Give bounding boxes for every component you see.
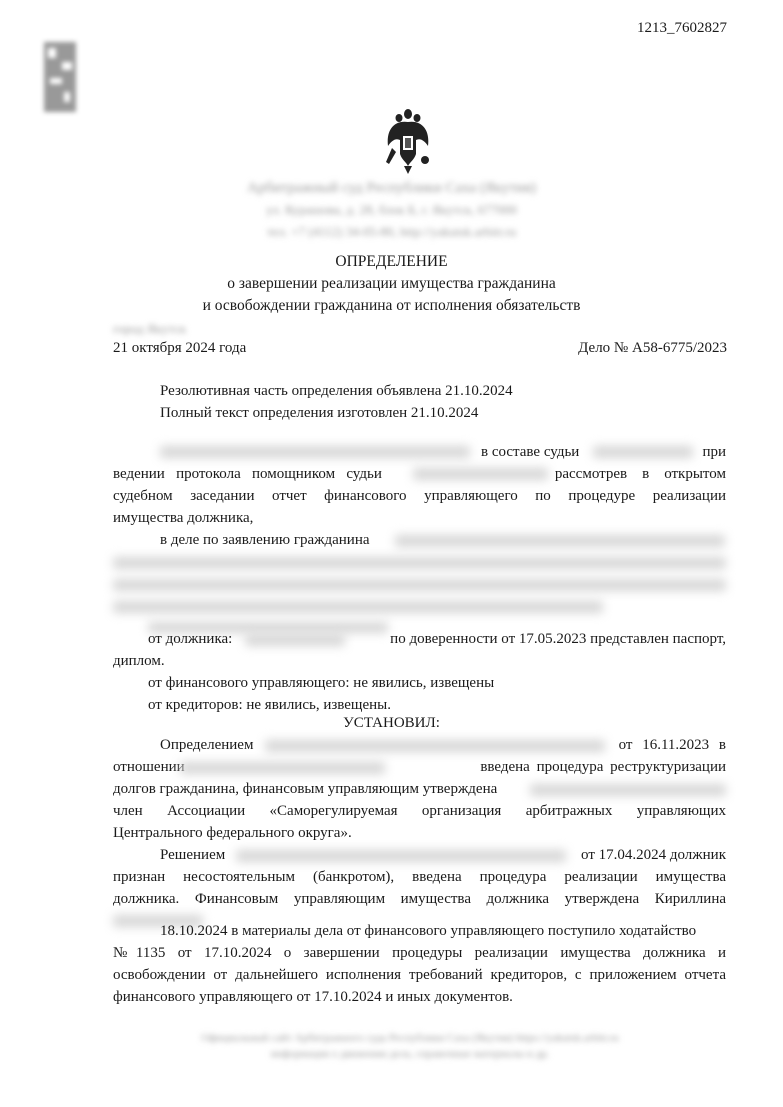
from-debtor-label: от должника:	[148, 628, 232, 650]
para3-line4: финансового управляющего от 17.10.2024 и…	[113, 986, 513, 1008]
court-contacts: тел. +7 (4112) 34-05-80, http://yakutsk.…	[0, 221, 783, 243]
coat-of-arms-icon	[384, 106, 432, 176]
para2-bankrupt: признан несостоятельным (банкротом), вве…	[113, 866, 726, 888]
intro-composition: в составе судьи	[481, 441, 579, 463]
para1-date: от 16.11.2023 в	[619, 734, 726, 756]
document-subtitle-2: и освобождении гражданина от исполнения …	[0, 295, 783, 317]
redacted-court-ref-2	[236, 850, 566, 862]
redacted-assistant-name	[413, 468, 548, 480]
redacted-applicant-3	[113, 579, 726, 591]
from-manager: от финансового управляющего: не явились,…	[148, 672, 494, 694]
from-debtor-cont: диплом.	[113, 650, 165, 672]
para1-approved: долгов гражданина, финансовым управляющи…	[113, 778, 497, 800]
para1-district: Центрального федерального округа».	[113, 822, 352, 844]
page-footer: Официальный сайт Арбитражного суда Респу…	[150, 1030, 670, 1062]
document-subtitle-1: о завершении реализации имущества гражда…	[0, 273, 783, 295]
document-title: ОПРЕДЕЛЕНИЕ	[0, 251, 783, 273]
intro-line2-b: рассмотрев в открытом	[555, 463, 726, 485]
redacted-judge-name	[593, 446, 693, 458]
redacted-manager-name	[530, 784, 726, 796]
court-address: ул. Курашова, д. 28, блок Б, г. Якутск, …	[0, 199, 783, 221]
para1-regarding: отношении	[113, 756, 185, 778]
intro-line3: судебном заседании отчет финансового упр…	[113, 485, 726, 507]
full-text-made: Полный текст определения изготовлен 21.1…	[160, 402, 478, 424]
document-page: 1213_7602827 Арбитражный суд Республики …	[0, 0, 783, 1107]
para3-line2: №1135 от 17.10.2024 о завершении процеду…	[113, 942, 726, 964]
application-by: в деле по заявлению гражданина	[160, 529, 370, 551]
from-debtor-details: по доверенности от 17.05.2023 представле…	[390, 628, 726, 650]
para3-line3: освобождении от дальнейшего исполнения т…	[113, 964, 726, 986]
intro-line2-a: ведении протокола помощником судьи	[113, 463, 382, 485]
resolution-announced: Резолютивная часть определения объявлена…	[160, 380, 513, 402]
para3-line1: 18.10.2024 в материалы дела от финансово…	[160, 920, 696, 942]
redacted-court-ref-1	[265, 740, 605, 752]
document-date: 21 октября 2024 года	[113, 337, 246, 359]
para1-association: член Ассоциации «Саморегулируемая органи…	[113, 800, 726, 822]
court-name: Арбитражный суд Республики Саха (Якутия)	[0, 177, 783, 199]
para2-start: Решением	[160, 844, 225, 866]
redacted-court-name	[160, 446, 470, 458]
established-heading: УСТАНОВИЛ:	[0, 712, 783, 734]
para1-restructuring: введена процедура реструктуризации	[480, 756, 726, 778]
para2-manager: должника. Финансовым управляющим имущест…	[113, 888, 726, 910]
qr-code	[44, 42, 76, 112]
document-number: 1213_7602827	[637, 18, 727, 38]
redacted-representative	[245, 634, 345, 646]
para2-date: от 17.04.2024 должник	[581, 844, 726, 866]
redacted-applicant-2	[113, 557, 726, 569]
redacted-applicant-1	[395, 535, 725, 547]
case-number: Дело № А58-6775/2023	[578, 337, 727, 359]
intro-line4: имущества должника,	[113, 507, 253, 529]
para1-start: Определением	[160, 734, 253, 756]
intro-at: при	[702, 441, 726, 463]
redacted-debtor-name	[180, 762, 385, 774]
redacted-applicant-4	[113, 601, 603, 613]
